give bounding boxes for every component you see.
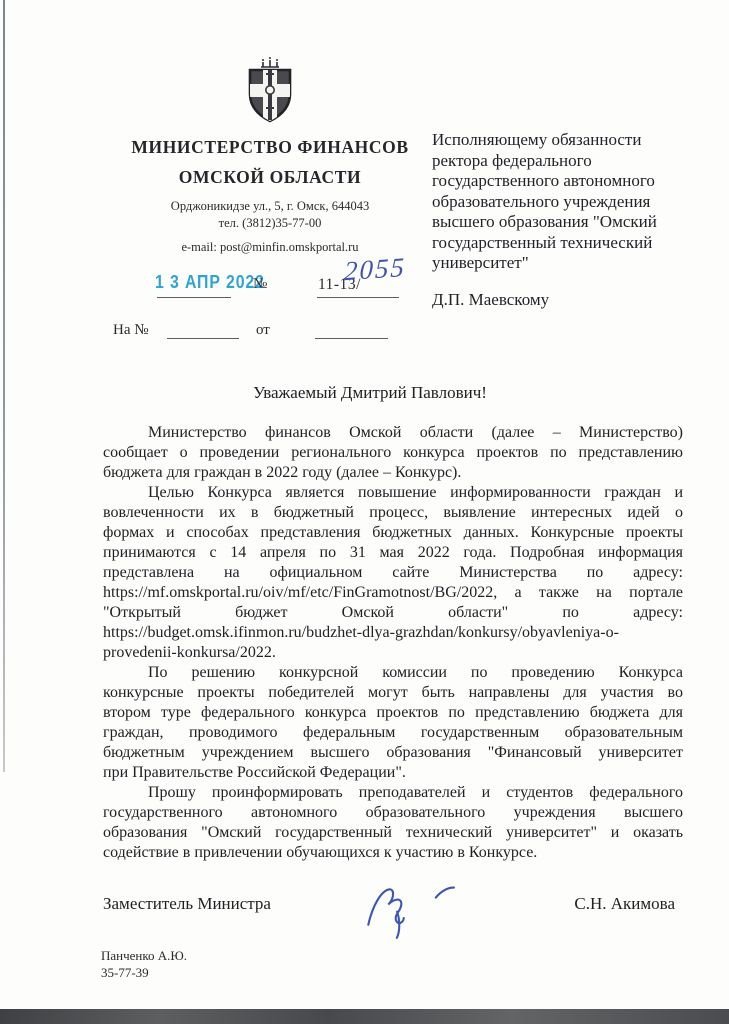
body-line: Министерство финансов Омской области (да… — [103, 423, 683, 443]
recipient-line: Исполняющему обязанности — [432, 130, 727, 151]
recipient-line: университет" — [432, 253, 727, 274]
letter-body: Министерство финансов Омской области (да… — [103, 423, 683, 863]
body-paragraph: Целью Конкурса является повышение информ… — [103, 483, 683, 663]
body-line: образования "Омский государственный техн… — [103, 823, 683, 843]
letterhead: МИНИСТЕРСТВО ФИНАНСОВ ОМСКОЙ ОБЛАСТИ Орд… — [120, 56, 420, 255]
salutation: Уважаемый Дмитрий Павлович! — [103, 383, 683, 403]
reply-number-blank — [167, 338, 239, 339]
body-line: принимаются с 14 апреля по 31 мая 2022 г… — [103, 543, 683, 563]
body-line: сообщает о проведении регионального конк… — [103, 443, 683, 463]
org-name-line1: МИНИСТЕРСТВО ФИНАНСОВ — [120, 137, 420, 158]
signer-name: С.Н. Акимова — [574, 894, 675, 914]
body-line: государственного автономного образовател… — [103, 803, 683, 823]
body-line: формах и способах представления бюджетны… — [103, 523, 683, 543]
body-line: Целью Конкурса является повышение информ… — [103, 483, 683, 503]
recipient-lines: Исполняющему обязанностиректора федераль… — [432, 130, 727, 274]
recipient-line: государственного автономного — [432, 171, 727, 192]
date-stamp: 1 3 АПР 2022 — [155, 272, 265, 293]
handwritten-number: 2055 — [344, 252, 407, 287]
executor-phone: 35-77-39 — [101, 964, 187, 981]
scan-edge-artifact-bottom — [0, 1009, 729, 1024]
body-paragraph: Министерство финансов Омской области (да… — [103, 423, 683, 483]
number-underline — [317, 297, 399, 298]
executor-block: Панченко А.Ю. 35-77-39 — [101, 947, 187, 981]
date-underline — [157, 297, 231, 298]
body-line: бюджета для граждан в 2022 году (далее –… — [103, 463, 683, 483]
body-line: Прошу проинформировать преподавателей и … — [103, 783, 683, 803]
org-name-line2: ОМСКОЙ ОБЛАСТИ — [120, 167, 420, 188]
org-phone: тел. (3812)35-77-00 — [120, 216, 420, 231]
handwritten-signature-icon — [353, 880, 473, 942]
scanned-letter-page: МИНИСТЕРСТВО ФИНАНСОВ ОМСКОЙ ОБЛАСТИ Орд… — [0, 0, 729, 1024]
body-line: https://budget.omsk.ifinmon.ru/budzhet-d… — [103, 623, 683, 643]
reply-date-blank — [315, 338, 388, 339]
scan-edge-artifact-left — [3, 0, 5, 772]
omsk-oblast-coat-of-arms-icon — [243, 56, 297, 130]
recipient-line: высшего образования "Омский — [432, 212, 727, 233]
body-line: По решению конкурсной комиссии по провед… — [103, 663, 683, 683]
body-line: вовлеченности их в бюджетный процесс, вы… — [103, 503, 683, 523]
org-address: Орджоникидзе ул., 5, г. Омск, 644043 — [120, 199, 420, 214]
signature-row: Заместитель Министра С.Н. Акимова — [103, 894, 683, 944]
executor-name: Панченко А.Ю. — [101, 947, 187, 964]
body-line: граждан, проводимого федеральным государ… — [103, 723, 683, 743]
body-line: https://mf.omskportal.ru/oiv/mf/etc/FinG… — [103, 583, 683, 603]
recipient-line: образовательного учреждения — [432, 192, 727, 213]
recipient-line: ректора федерального — [432, 151, 727, 172]
body-paragraph: Прошу проинформировать преподавателей и … — [103, 783, 683, 863]
reply-from-label: от — [256, 322, 270, 339]
body-line: бюджетным учреждением высшего образовани… — [103, 743, 683, 763]
body-line: втором туре федерального конкурса проект… — [103, 703, 683, 723]
body-line: "Открытый бюджет Омской области" по адре… — [103, 603, 683, 623]
reply-to-label: На № — [113, 322, 149, 339]
body-line: представлена на официальном сайте Минист… — [103, 563, 683, 583]
body-line: содействие в привлечении обучающихся к у… — [103, 843, 683, 863]
recipient-name: Д.П. Маевскому — [432, 290, 727, 311]
body-paragraph: По решению конкурсной комиссии по провед… — [103, 663, 683, 783]
signer-position: Заместитель Министра — [103, 894, 271, 914]
body-line: при Правительстве Российской Федерации". — [103, 763, 683, 783]
number-sign: № — [253, 276, 267, 293]
body-line: конкурсные проекты победителей могут быт… — [103, 683, 683, 703]
recipient-line: государственный технический — [432, 233, 727, 254]
recipient-block: Исполняющему обязанностиректора федераль… — [432, 130, 727, 310]
org-email: e-mail: post@minfin.omskportal.ru — [120, 240, 420, 255]
body-line: provedenii-konkursa/2022. — [103, 643, 683, 663]
